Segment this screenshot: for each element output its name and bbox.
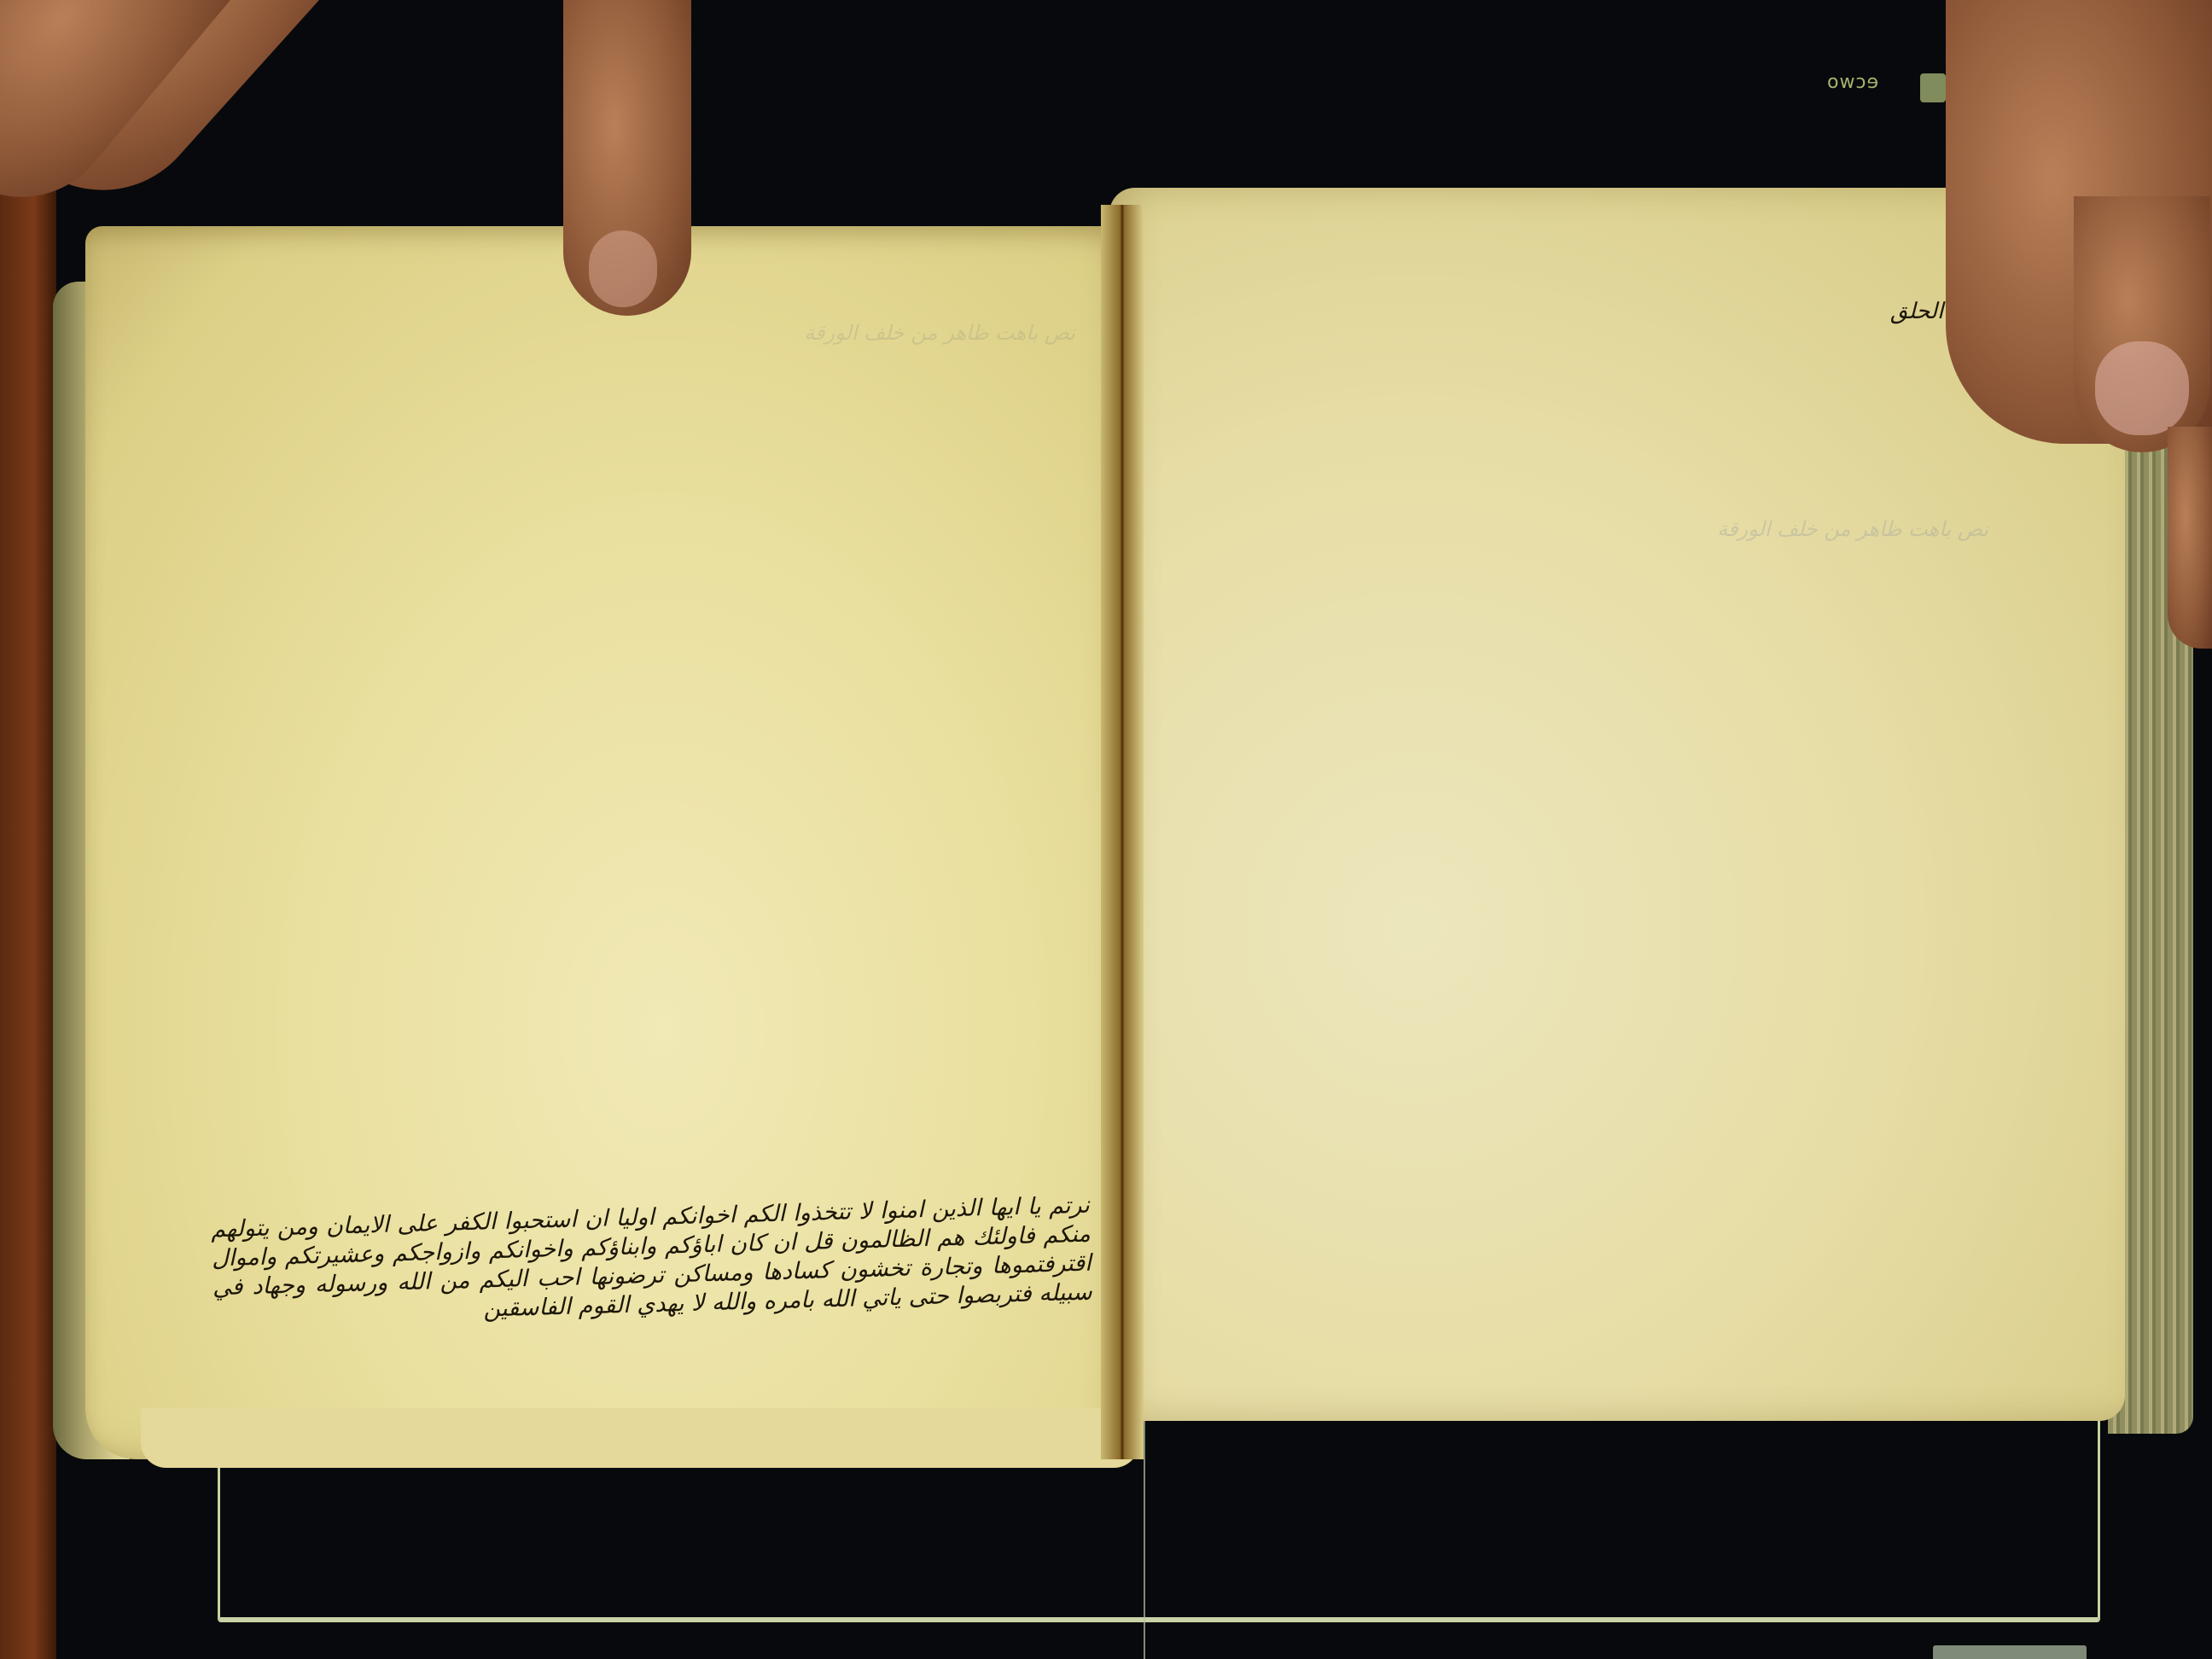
corner-tag [1933, 1645, 2087, 1659]
mat-logo-icon [1920, 73, 1946, 102]
mat-label: ecwo [1826, 72, 1878, 93]
left-thumbnail [589, 230, 657, 307]
mat-center-line [1144, 1400, 1145, 1659]
right-hand-palm-edge [2168, 427, 2212, 649]
wooden-table-edge [0, 119, 56, 1659]
left-page-bleedthrough-text: نص باهت ظاهر من خلف الورقة [222, 316, 1075, 862]
right-page-bleedthrough-text: نص باهت ظاهر من خلف الورقة [1135, 512, 1988, 1229]
left-page-text-block: نرتم يا ايها الذين امنوا لا تتخذوا الكم … [211, 1191, 1096, 1429]
right-thumbnail [2095, 341, 2189, 435]
